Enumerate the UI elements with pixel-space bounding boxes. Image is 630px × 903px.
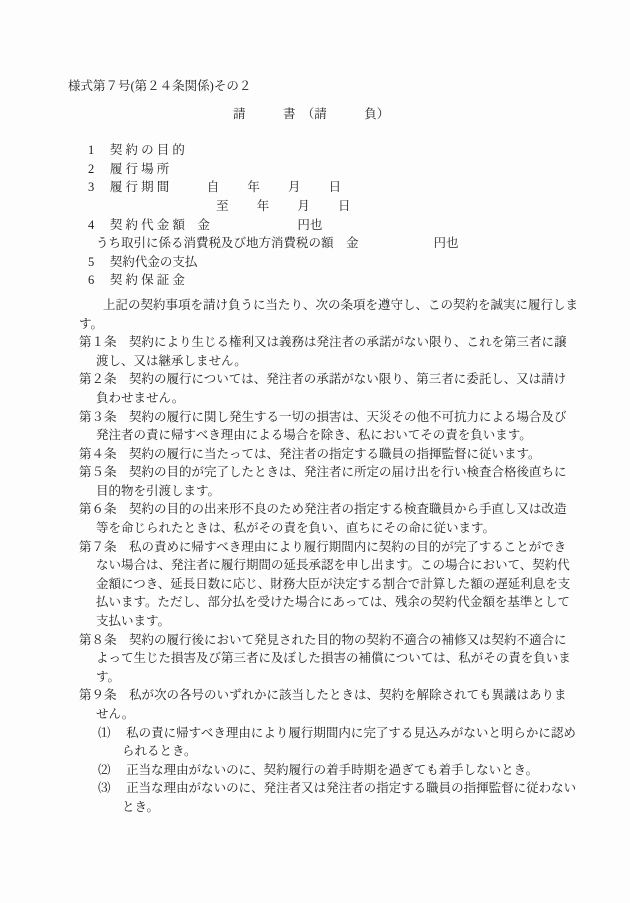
text-line: す。 bbox=[79, 315, 630, 334]
text-line: 第２条 契約の履行については、発注者の承諾がない限り、第三者に委託し、又は請け bbox=[79, 370, 630, 389]
text-line: られるとき。 bbox=[79, 742, 630, 761]
text-line: よって生じた損害及び第三者に及ぼした損害の補償については、私がその責を負いま bbox=[79, 649, 630, 668]
text-line: 第７条 私の責めに帰すべき理由により履行期間内に契約の目的が完了することができ bbox=[79, 538, 630, 557]
text-line: とき。 bbox=[79, 798, 630, 817]
text-line: 第８条 契約の履行後において発見された目的物の契約不適合の補修又は契約不適合に bbox=[79, 631, 630, 650]
text-line: 6 契 約 保 証 金 bbox=[88, 271, 630, 290]
text-line: 第３条 契約の履行に関し発生する一切の損害は、天災その他不可抗力による場合及び bbox=[79, 408, 630, 427]
text-line: 3 履 行 期 間 自 年 月 日 bbox=[88, 178, 630, 197]
text-line: す。 bbox=[79, 668, 630, 687]
text-line: 第５条 契約の目的が完了したときは、発注者に所定の届け出を行い検査合格後直ちに bbox=[79, 463, 630, 482]
text-line: 1 契 約 の 目 的 bbox=[88, 141, 630, 160]
form-number: 様式第７号(第２４条関係)その２ bbox=[68, 77, 630, 96]
text-line: 2 履 行 場 所 bbox=[88, 160, 630, 179]
text-line: 第１条 契約により生じる権利又は義務は発注者の承諾がない限り、これを第三者に譲 bbox=[79, 333, 630, 352]
text-line: 発注者の責に帰すべき理由による場合を除き、私においてその責を負います。 bbox=[79, 426, 630, 445]
text-line: 等を命じられたときは、私がその責を負い、直ちにその命に従います。 bbox=[79, 519, 630, 538]
text-line: 支払います。 bbox=[79, 612, 630, 631]
text-line: ⑵ 正当な理由がないのに、契約履行の着手時期を過ぎても着手しないとき。 bbox=[79, 761, 630, 780]
text-line: 第６条 契約の目的の出来形不良のため発注者の指定する検査職員から手直し又は改造 bbox=[79, 500, 630, 519]
text-line: 至 年 月 日 bbox=[88, 197, 630, 216]
text-line: 払います。ただし、部分払を受けた場合にあっては、残余の契約代金額を基準として bbox=[79, 593, 630, 612]
text-line: 第４条 契約の履行に当たっては、発注者の指定する職員の指揮監督に従います。 bbox=[79, 445, 630, 464]
contract-items-list: 1 契 約 の 目 的2 履 行 場 所3 履 行 期 間 自 年 月 日 至 … bbox=[88, 141, 630, 290]
text-line: ない場合は、発注者に履行期間の延長承認を申し出ます。この場合において、契約代 bbox=[79, 556, 630, 575]
document-page: 様式第７号(第２４条関係)その２ 請 書 （請 負） 1 契 約 の 目 的2 … bbox=[0, 0, 630, 903]
text-line: 5 契約代金の支払 bbox=[88, 253, 630, 272]
text-line: 上記の契約事項を請け負うに当たり、次の条項を遵守し、この契約を誠実に履行しま bbox=[79, 296, 630, 315]
text-line: 第９条 私が次の各号のいずれかに該当したときは、契約を解除されても異議はありま bbox=[79, 686, 630, 705]
text-line: ⑴ 私の責に帰すべき理由により履行期間内に完了する見込みがないと明らかに認め bbox=[79, 724, 630, 743]
document-title: 請 書 （請 負） bbox=[233, 105, 630, 124]
contract-clauses: 上記の契約事項を請け負うに当たり、次の条項を遵守し、この契約を誠実に履行します。… bbox=[79, 296, 630, 817]
text-line: せん。 bbox=[79, 705, 630, 724]
text-line: 渡し、又は継承しません。 bbox=[79, 352, 630, 371]
text-line: うち取引に係る消費税及び地方消費税の額 金 円也 bbox=[88, 234, 630, 253]
text-line: 目的物を引渡します。 bbox=[79, 482, 630, 501]
text-line: 4 契 約 代 金 額 金 円也 bbox=[88, 216, 630, 235]
text-line: 負わせません。 bbox=[79, 389, 630, 408]
text-line: ⑶ 正当な理由がないのに、発注者又は発注者の指定する職員の指揮監督に従わない bbox=[79, 779, 630, 798]
text-line: 金額につき、延長日数に応じ、財務大臣が決定する割合で計算した額の遅延利息を支 bbox=[79, 575, 630, 594]
